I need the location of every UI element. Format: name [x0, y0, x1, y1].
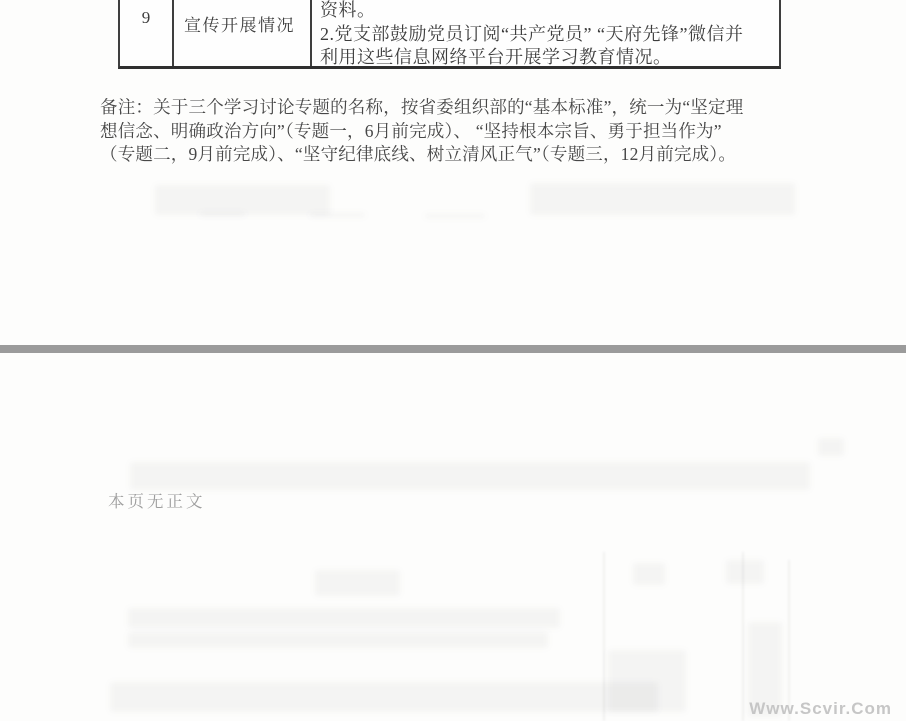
bleed-through-smudge	[110, 682, 658, 712]
bleed-through-smudge	[726, 560, 764, 584]
remark-line: 备注：关于三个学习讨论专题的名称，按省委组织部的“基本标准”，统一为“坚定理	[100, 96, 808, 120]
bleed-through-smudge	[130, 462, 810, 490]
bleed-through-smudge	[315, 570, 400, 596]
no-body-text-note: 本页无正文	[108, 488, 206, 512]
table-cell-content-line: 2.党支部鼓励党员订阅“共产党员” “天府先锋”微信并	[320, 23, 775, 47]
bleed-through-smudge	[425, 214, 485, 218]
bleed-through-smudge	[530, 183, 795, 215]
bleed-through-smudge	[200, 212, 245, 216]
bleed-through-smudge	[310, 213, 365, 217]
table-fragment: 9 宣传开展情况 资料。 2.党支部鼓励党员订阅“共产党员” “天府先锋”微信并…	[118, 0, 781, 69]
table-column-divider	[172, 0, 174, 66]
table-column-divider	[310, 0, 312, 66]
bleed-through-smudge	[633, 563, 665, 585]
remark-line: （专题二，9月前完成）、“坚守纪律底线、树立清风正气”（专题三，12月前完成）。	[100, 143, 808, 167]
bleed-through-smudge	[608, 650, 686, 712]
bleed-through-line	[788, 560, 790, 721]
bleed-through-smudge	[128, 632, 548, 648]
page-break-divider	[0, 345, 906, 353]
remark-paragraph: 备注：关于三个学习讨论专题的名称，按省委组织部的“基本标准”，统一为“坚定理 想…	[100, 96, 808, 167]
site-watermark: Www.Scvir.Com	[749, 699, 892, 719]
table-cell-content-line: 资料。	[320, 0, 775, 23]
bleed-through-smudge	[818, 438, 844, 456]
table-cell-content: 资料。 2.党支部鼓励党员订阅“共产党员” “天府先锋”微信并 利用这些信息网络…	[320, 0, 775, 70]
bleed-through-smudge	[128, 608, 560, 628]
scanned-document-page: 9 宣传开展情况 资料。 2.党支部鼓励党员订阅“共产党员” “天府先锋”微信并…	[0, 0, 906, 721]
remark-line: 想信念、明确政治方向”（专题一，6月前完成）、 “坚持根本宗旨、勇于担当作为”	[100, 120, 808, 144]
table-cell-category: 宣传开展情况	[184, 11, 310, 36]
bleed-through-smudge	[155, 185, 330, 215]
table-cell-content-line: 利用这些信息网络平台开展学习教育情况。	[320, 46, 775, 70]
table-cell-row-number: 9	[120, 8, 172, 28]
